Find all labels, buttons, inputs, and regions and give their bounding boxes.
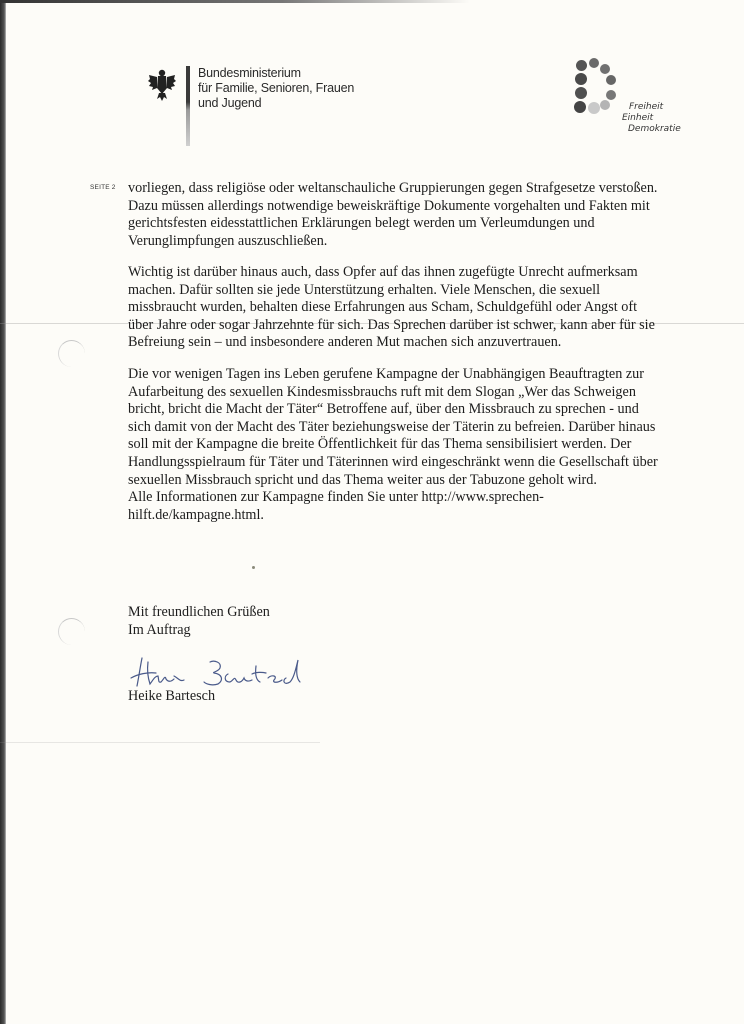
paragraph: Die vor wenigen Tagen ins Leben gerufene… bbox=[128, 366, 708, 524]
federal-eagle-icon bbox=[148, 68, 176, 102]
scan-edge-left bbox=[0, 0, 6, 1024]
text-line: Befreiung sein – und insbesondere andere… bbox=[128, 334, 708, 352]
text-line: Verunglimpfungen auszuschließen. bbox=[128, 233, 708, 251]
closing-block: Mit freundlichen Grüßen Im Auftrag bbox=[128, 604, 270, 639]
scan-edge-top bbox=[0, 0, 470, 3]
campaign-logo: Freiheit Einheit Demokratie bbox=[572, 58, 692, 148]
scan-speck bbox=[252, 566, 255, 569]
url-line: Alle Informationen zur Kampagne finden S… bbox=[128, 489, 708, 507]
text-line: Wichtig ist darüber hinaus auch, dass Op… bbox=[128, 264, 708, 282]
text-line: gerichtsfesten eidesstattlichen Erklärun… bbox=[128, 215, 708, 233]
text-line: bricht, bricht die Macht der Täter“ Betr… bbox=[128, 401, 708, 419]
text-line: sich damit von der Macht des Täter bezie… bbox=[128, 419, 708, 437]
text-line: über Jahre oder sogar Jahrzehnte für sic… bbox=[128, 317, 708, 335]
page-number-label: SEITE 2 bbox=[90, 184, 116, 191]
text-line: missbraucht wurden, behalten diese Erfah… bbox=[128, 299, 708, 317]
punch-hole bbox=[58, 340, 85, 367]
text-line: Die vor wenigen Tagen ins Leben gerufene… bbox=[128, 366, 708, 384]
text-line: soll mit der Kampagne die breite Öffentl… bbox=[128, 436, 708, 454]
ministry-color-bar bbox=[186, 66, 190, 146]
ministry-name-line: und Jugend bbox=[198, 96, 354, 111]
on-behalf-note: Im Auftrag bbox=[128, 622, 270, 640]
logo-text-demokratie: Demokratie bbox=[628, 124, 681, 134]
text-line: machen. Dafür sollten sie jede Unterstüt… bbox=[128, 282, 708, 300]
logo-text-freiheit: Freiheit bbox=[629, 102, 663, 112]
fold-line bbox=[0, 742, 320, 743]
greeting: Mit freundlichen Grüßen bbox=[128, 604, 270, 622]
punch-hole bbox=[58, 618, 85, 645]
text-line: Dazu müssen allerdings notwendige beweis… bbox=[128, 198, 708, 216]
text-line: sexuellen Missbrauch spricht und das The… bbox=[128, 472, 708, 490]
text-line: vorliegen, dass religiöse oder weltansch… bbox=[128, 180, 708, 198]
text-line: Aufarbeitung des sexuellen Kindesmissbra… bbox=[128, 384, 708, 402]
text-line: Handlungsspielraum für Täter und Täterin… bbox=[128, 454, 708, 472]
signer-name: Heike Bartesch bbox=[128, 688, 215, 705]
paragraph: vorliegen, dass religiöse oder weltansch… bbox=[128, 180, 708, 250]
ministry-name-line: für Familie, Senioren, Frauen bbox=[198, 81, 354, 96]
ministry-letterhead: Bundesministerium für Familie, Senioren,… bbox=[148, 66, 354, 146]
ministry-name: Bundesministerium für Familie, Senioren,… bbox=[198, 66, 354, 146]
ministry-name-line: Bundesministerium bbox=[198, 66, 354, 81]
paragraph: Wichtig ist darüber hinaus auch, dass Op… bbox=[128, 264, 708, 352]
logo-text-einheit: Einheit bbox=[622, 113, 653, 123]
url-line: hilft.de/kampagne.html. bbox=[128, 507, 708, 525]
handwritten-signature-icon bbox=[128, 652, 328, 692]
